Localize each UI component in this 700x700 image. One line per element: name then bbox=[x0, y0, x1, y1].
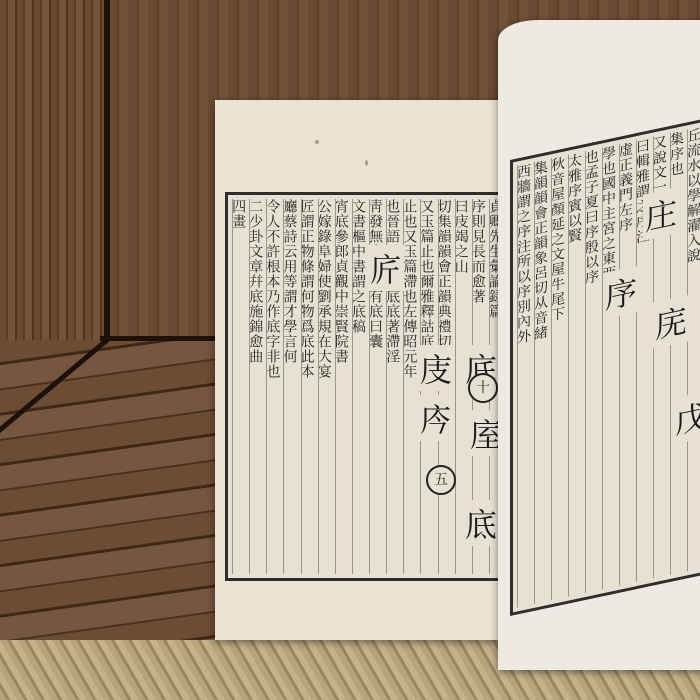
headword: 序 bbox=[603, 266, 639, 320]
paper-stain bbox=[315, 140, 319, 144]
headword: 庋 bbox=[418, 345, 454, 391]
left-page-headwords: 底 庍 庋 庈 庢 底 十 五 bbox=[228, 195, 508, 578]
headword: 庄 bbox=[643, 187, 679, 241]
headword: 庑 bbox=[653, 295, 689, 349]
headword: 庍 bbox=[368, 245, 404, 291]
left-book-page: 貞卿先生彙論録篇 序則見長而愈著 曰庋竭之山 切集韻韻會正韻典禮切从音 又玉篇止… bbox=[215, 100, 520, 640]
headword: 底 bbox=[463, 500, 499, 546]
right-book-page: 屋牙安說文人爲旅 丘流水以學解濯入說 集序也 又說文一 曰輯雅謂之序注 虚正義門… bbox=[498, 20, 700, 670]
right-page-print-frame: 屋牙安說文人爲旅 丘流水以學解濯入說 集序也 又說文一 曰輯雅謂之序注 虚正義門… bbox=[510, 114, 700, 616]
circled-number: 五 bbox=[426, 465, 456, 495]
table-seam-vertical bbox=[104, 0, 110, 340]
circled-number: 十 bbox=[468, 373, 498, 403]
headword: 庈 bbox=[418, 395, 454, 441]
photo-scene: 貞卿先生彙論録篇 序則見長而愈著 曰庋竭之山 切集韻韻會正韻典禮切从音 又玉篇止… bbox=[0, 0, 700, 700]
left-page-print-frame: 貞卿先生彙論録篇 序則見長而愈著 曰庋竭之山 切集韻韻會正韻典禮切从音 又玉篇止… bbox=[225, 192, 511, 581]
headword: 戊 bbox=[673, 391, 700, 445]
right-page-headwords: 庄 序 庑 戊 bbox=[513, 118, 700, 613]
paper-stain bbox=[365, 160, 368, 166]
